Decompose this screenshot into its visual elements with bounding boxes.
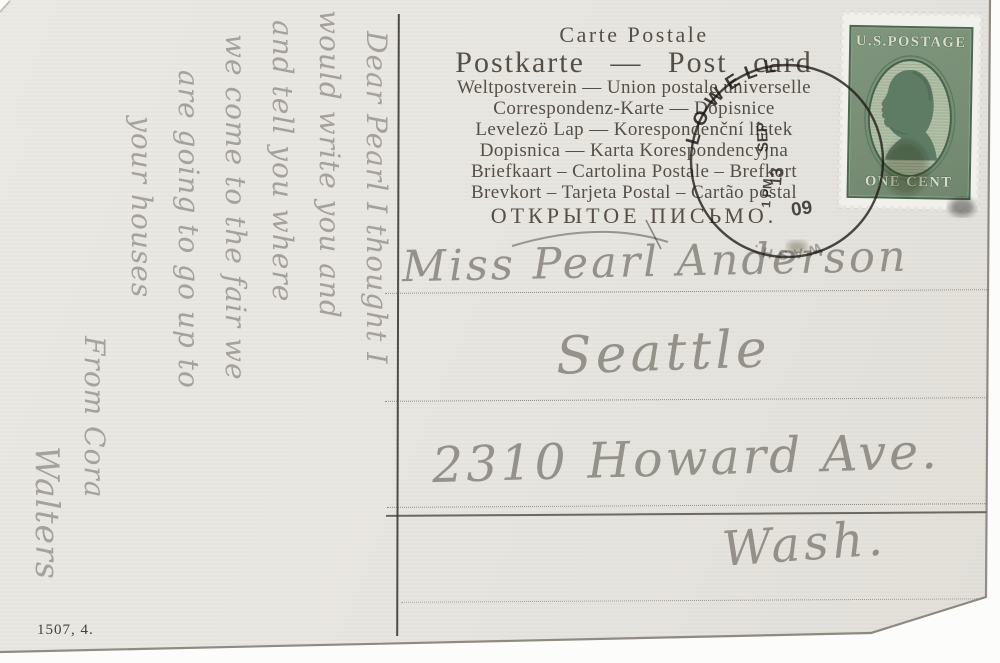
postcard-photo: Dear Pearl I thought I would write you a… xyxy=(0,0,1000,663)
stamp-perforation-top xyxy=(842,9,982,18)
message-signature: Walters xyxy=(24,6,71,634)
message-line: your houses xyxy=(118,6,165,634)
address-state: Wash. xyxy=(720,510,888,577)
postage-stamp: U.S.POSTAGE ONE CENT xyxy=(838,12,981,210)
address-recipient: Miss Pearl Anderson xyxy=(402,232,910,293)
message-line: From Cora xyxy=(71,6,118,634)
franklin-portrait xyxy=(849,47,971,189)
header-correspondenz: Correspondenz-Karte — Dopisnice xyxy=(406,98,862,119)
stamp-face: U.S.POSTAGE ONE CENT xyxy=(846,25,973,200)
address-rule-3-solid xyxy=(386,511,996,517)
header-weltpostverein: Weltpostverein — Union postale universel… xyxy=(406,77,862,98)
address-rule-4 xyxy=(401,598,995,603)
stamp-bottom-label: ONE CENT xyxy=(849,173,969,192)
address-rule-2 xyxy=(385,397,995,402)
postcard-header: Carte Postale Postkarte — Post card Welt… xyxy=(406,22,862,228)
header-postkarte: Postkarte — Post card xyxy=(406,48,862,77)
message-line: and tell you where xyxy=(259,6,306,634)
header-dopisnica: Dopisnica — Karta Korespondencyjna xyxy=(406,140,862,161)
header-briefkaart: Briefkaart – Cartolina Postale – Brefkor… xyxy=(406,161,862,182)
stamp-perforation-right xyxy=(974,14,984,210)
address-street: 2310 Howard Ave. xyxy=(431,423,940,494)
address-city: Seattle xyxy=(555,319,772,386)
message-line: would write you and xyxy=(306,6,353,634)
address-rule-3 xyxy=(387,503,995,508)
message-line: we come to the fair we xyxy=(212,6,259,634)
message-line: Dear Pearl I thought I xyxy=(353,6,400,634)
postcard-back: Dear Pearl I thought I would write you a… xyxy=(0,0,1000,663)
header-carte-postale: Carte Postale xyxy=(406,22,862,48)
sender-message: Dear Pearl I thought I would write you a… xyxy=(24,6,400,634)
header-russian: ОТКРЫТОЕ ПИСЬМО. xyxy=(406,203,862,228)
message-line: are going to go up to xyxy=(165,6,212,634)
header-brevkort: Brevkort – Tarjeta Postal – Cartão posta… xyxy=(406,182,862,203)
printer-code: 1507, 4. xyxy=(37,622,94,639)
header-levelezo: Levelezö Lap — Korespondenční lístek xyxy=(406,119,862,140)
